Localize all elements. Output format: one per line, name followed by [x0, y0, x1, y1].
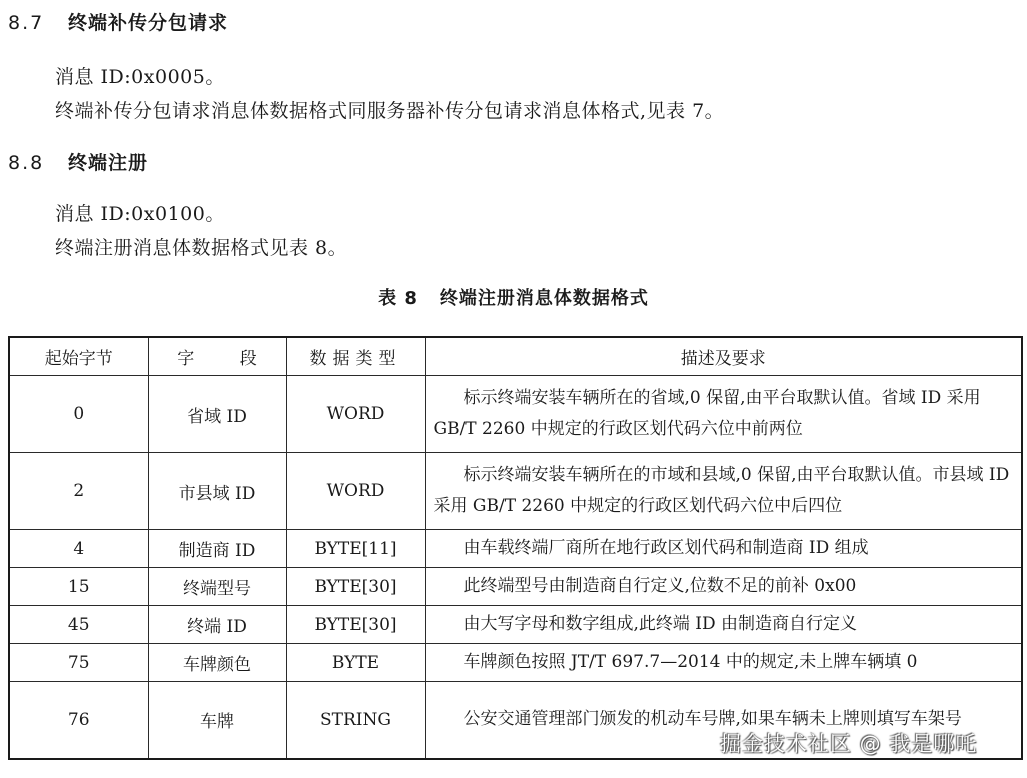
section-heading-8-7: 8.7终端补传分包请求 — [8, 8, 228, 35]
cell-data-type: BYTE — [286, 644, 425, 682]
table-header-row: 起始字节 字 段 数据类型 描述及要求 — [9, 337, 1022, 376]
cell-description: 标示终端安装车辆所在的市域和县域,0 保留,由平台取默认值。市县域 ID 采用 … — [425, 453, 1022, 530]
table-caption: 表 8终端注册消息体数据格式 — [0, 284, 1027, 310]
cell-start-byte: 76 — [9, 682, 148, 759]
cell-description: 由大写字母和数字组成,此终端 ID 由制造商自行定义 — [425, 606, 1022, 644]
cell-description: 标示终端安装车辆所在的省域,0 保留,由平台取默认值。省域 ID 采用 GB/T… — [425, 376, 1022, 453]
section-number: 8.8 — [8, 152, 68, 174]
header-description: 描述及要求 — [425, 337, 1022, 376]
section-title: 终端补传分包请求 — [68, 12, 228, 34]
table-row: 15 终端型号 BYTE[30] 此终端型号由制造商自行定义,位数不足的前补 0… — [9, 568, 1022, 606]
format-paragraph: 终端注册消息体数据格式见表 8。 — [55, 233, 347, 260]
table-row: 2 市县域 ID WORD 标示终端安装车辆所在的市域和县域,0 保留,由平台取… — [9, 453, 1022, 530]
cell-data-type: BYTE[30] — [286, 568, 425, 606]
table-row: 4 制造商 ID BYTE[11] 由车载终端厂商所在地行政区划代码和制造商 I… — [9, 530, 1022, 568]
registration-format-table: 起始字节 字 段 数据类型 描述及要求 0 省域 ID WORD 标示终端安装车… — [8, 336, 1023, 760]
watermark: 掘金技术社区 @ 我是哪吒 — [720, 728, 977, 758]
table-row: 45 终端 ID BYTE[30] 由大写字母和数字组成,此终端 ID 由制造商… — [9, 606, 1022, 644]
section-title: 终端注册 — [68, 152, 148, 174]
table-row: 0 省域 ID WORD 标示终端安装车辆所在的省域,0 保留,由平台取默认值。… — [9, 376, 1022, 453]
cell-field: 省域 ID — [148, 376, 286, 453]
cell-data-type: WORD — [286, 376, 425, 453]
description-text: 由车载终端厂商所在地行政区划代码和制造商 ID 组成 — [434, 533, 1014, 564]
cell-description: 由车载终端厂商所在地行政区划代码和制造商 ID 组成 — [425, 530, 1022, 568]
cell-data-type: STRING — [286, 682, 425, 759]
cell-data-type: WORD — [286, 453, 425, 530]
header-data-type: 数据类型 — [286, 337, 425, 376]
table-number: 表 8 — [378, 288, 418, 309]
cell-field: 车牌 — [148, 682, 286, 759]
description-text: 此终端型号由制造商自行定义,位数不足的前补 0x00 — [434, 571, 1014, 602]
message-id-paragraph: 消息 ID:0x0005。 — [55, 62, 225, 89]
cell-start-byte: 2 — [9, 453, 148, 530]
table-row: 75 车牌颜色 BYTE 车牌颜色按照 JT/T 697.7—2014 中的规定… — [9, 644, 1022, 682]
cell-field: 市县域 ID — [148, 453, 286, 530]
cell-start-byte: 45 — [9, 606, 148, 644]
cell-start-byte: 75 — [9, 644, 148, 682]
cell-start-byte: 4 — [9, 530, 148, 568]
description-text: 标示终端安装车辆所在的市域和县域,0 保留,由平台取默认值。市县域 ID 采用 … — [434, 460, 1014, 522]
header-field: 字 段 — [148, 337, 286, 376]
section-number: 8.7 — [8, 12, 68, 34]
cell-field: 终端 ID — [148, 606, 286, 644]
cell-start-byte: 15 — [9, 568, 148, 606]
cell-start-byte: 0 — [9, 376, 148, 453]
cell-description: 此终端型号由制造商自行定义,位数不足的前补 0x00 — [425, 568, 1022, 606]
cell-data-type: BYTE[30] — [286, 606, 425, 644]
description-text: 由大写字母和数字组成,此终端 ID 由制造商自行定义 — [434, 609, 1014, 640]
description-text: 标示终端安装车辆所在的省域,0 保留,由平台取默认值。省域 ID 采用 GB/T… — [434, 383, 1014, 445]
section-heading-8-8: 8.8终端注册 — [8, 148, 148, 175]
cell-field: 终端型号 — [148, 568, 286, 606]
description-text: 车牌颜色按照 JT/T 697.7—2014 中的规定,未上牌车辆填 0 — [434, 647, 1014, 678]
format-paragraph: 终端补传分包请求消息体数据格式同服务器补传分包请求消息体格式,见表 7。 — [55, 96, 724, 123]
cell-description: 车牌颜色按照 JT/T 697.7—2014 中的规定,未上牌车辆填 0 — [425, 644, 1022, 682]
table-title: 终端注册消息体数据格式 — [440, 288, 649, 309]
header-start-byte: 起始字节 — [9, 337, 148, 376]
cell-field: 车牌颜色 — [148, 644, 286, 682]
cell-field: 制造商 ID — [148, 530, 286, 568]
message-id-paragraph: 消息 ID:0x0100。 — [55, 199, 225, 226]
cell-data-type: BYTE[11] — [286, 530, 425, 568]
